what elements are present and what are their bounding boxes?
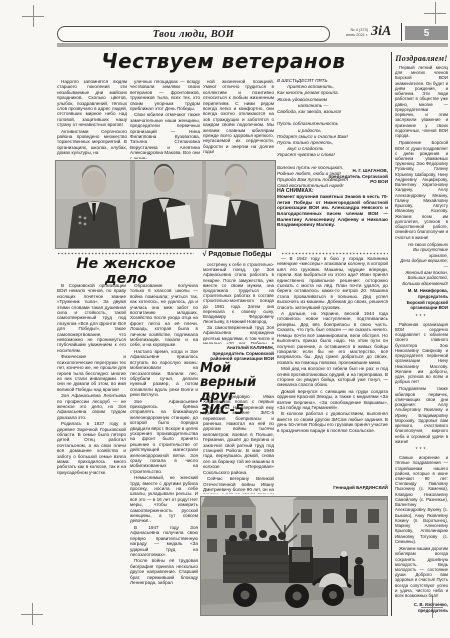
photo-caption: Момент вручения памятных Знаков в честь … <box>277 194 388 248</box>
truck-article-column-2: — В 1942 году в бою у города Калинина не… <box>277 256 388 483</box>
lead-headline: Чествуем ветеранов <box>57 50 390 72</box>
dotted-rule-right <box>281 252 388 255</box>
women-article-column-2: Образование получила только 6 классов шк… <box>130 283 198 615</box>
crop-mark-bottom-left <box>21 603 43 625</box>
masthead-rule <box>57 43 448 47</box>
issue-date: июнь 2021 г. <box>330 32 368 37</box>
issue-info: № 4 (373) июнь 2021 г. <box>330 27 368 38</box>
women-article-column-1: В Сормовской организации ВОИ немало член… <box>57 283 126 615</box>
dotted-rule-left <box>57 252 194 255</box>
crop-mark-top-left <box>22 5 44 27</box>
section-title: Твои люди, ВОИ <box>153 29 235 40</box>
section-banner: Твои люди, ВОИ <box>57 26 330 42</box>
veterans-photo <box>56 161 275 248</box>
women-article-signature: Анатолий КАЛИНИН,председатель Сормовской… <box>200 345 274 362</box>
congratulations-signature-1: М. М. Никифорова,председательБорской гор… <box>395 288 448 310</box>
congratulations-part-3: Самые искренние и тёплые поздравления — … <box>395 455 448 600</box>
congratulations-poem: На своих собраньяхВы присутствие храните… <box>395 242 448 287</box>
congratulations-part-2: Районная организация ВОИ сердечно поздра… <box>395 322 448 446</box>
congratulations-column: Поздравляем! Первый летний месяц для мно… <box>395 54 448 614</box>
poem-signature: Н. Г. ШАГАНОВ,председатель СергачскойРО … <box>277 168 388 185</box>
women-article-column-3: сестрёнку к себе в строительно-монтажный… <box>203 262 274 344</box>
congratulations-title: Поздравляем! <box>395 54 448 63</box>
truck-photo-art <box>201 497 387 615</box>
truck-article-signature: Геннадий БАРДИНСКИЙ <box>277 485 388 491</box>
lead-column-2: уличных площадках — всюду чествовали зем… <box>130 79 200 159</box>
sidebar-divider-1: *** <box>395 315 448 320</box>
lead-column-1: Надолго запомнятся людям старшего поколе… <box>57 79 127 159</box>
congratulations-part-1: Первый летний месяц для многих членов Бо… <box>395 65 448 242</box>
lead-column-3: ной жизненной позицией. Умеют отлично тр… <box>203 79 274 159</box>
anniversary-poem: В ШЕСТЬДЕСЯТ ПЯТЬ приятно вспомнить,Как … <box>277 78 389 166</box>
masthead-divider <box>401 23 402 41</box>
crop-mark-top-right <box>424 2 446 24</box>
sidebar-rule <box>391 52 392 616</box>
truck-photo <box>201 497 387 615</box>
section-badge: √ Рядовые Победы <box>197 249 277 258</box>
sidebar-divider-2: *** <box>395 448 448 453</box>
page-number: 5 <box>405 26 448 40</box>
congratulations-signature-2: С. В. Изотченко,председательВоротынского… <box>395 602 448 614</box>
veterans-photo-art <box>56 161 275 248</box>
newspaper-logo: ЗіА <box>371 24 391 40</box>
newspaper-page: { "masthead": { "section_title": "Твои л… <box>0 0 450 638</box>
truck-article-column-1: На передовую Иван Харчевников попал с пе… <box>203 394 274 494</box>
